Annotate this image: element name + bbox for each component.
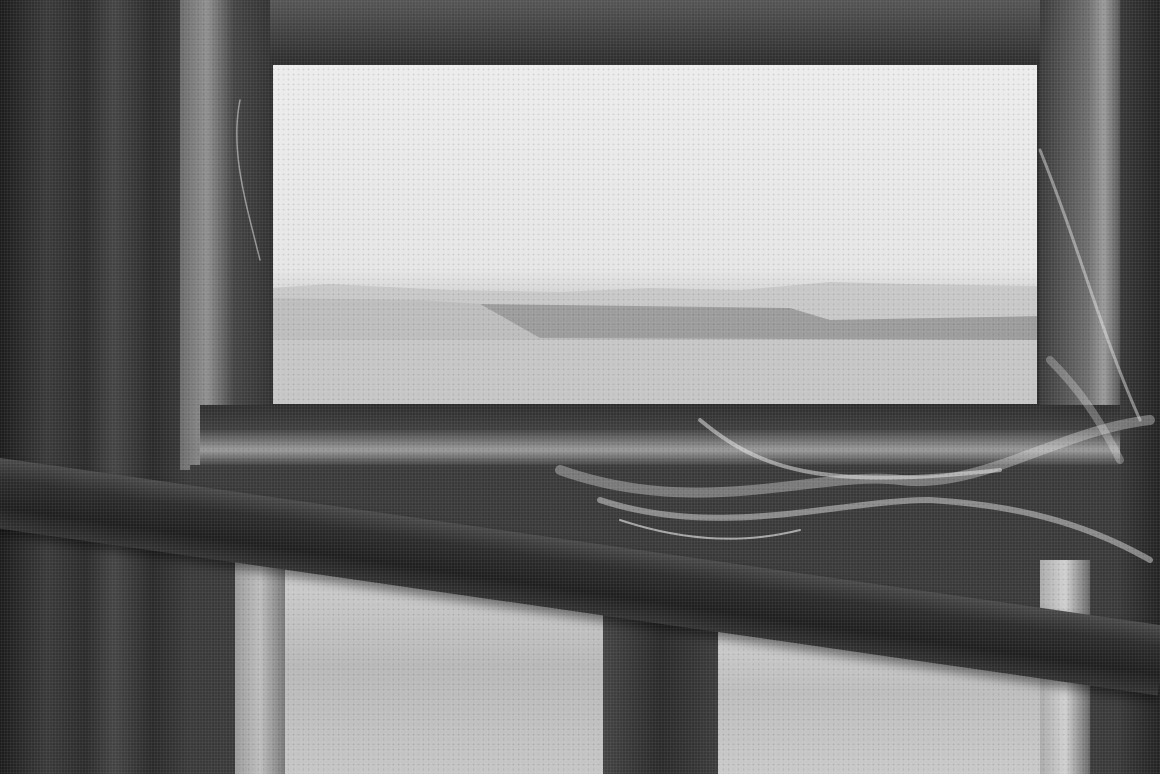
upper-pane-border bbox=[270, 62, 1040, 407]
window-photo: Black-and-white photograph looking throu… bbox=[0, 0, 1160, 774]
window-frame-left bbox=[180, 0, 270, 470]
lower-left-jamb bbox=[235, 555, 285, 774]
left-wall bbox=[0, 0, 190, 774]
window-sill bbox=[200, 405, 1120, 465]
window-frame-right bbox=[1040, 0, 1120, 470]
window-frame-top bbox=[180, 0, 1120, 62]
